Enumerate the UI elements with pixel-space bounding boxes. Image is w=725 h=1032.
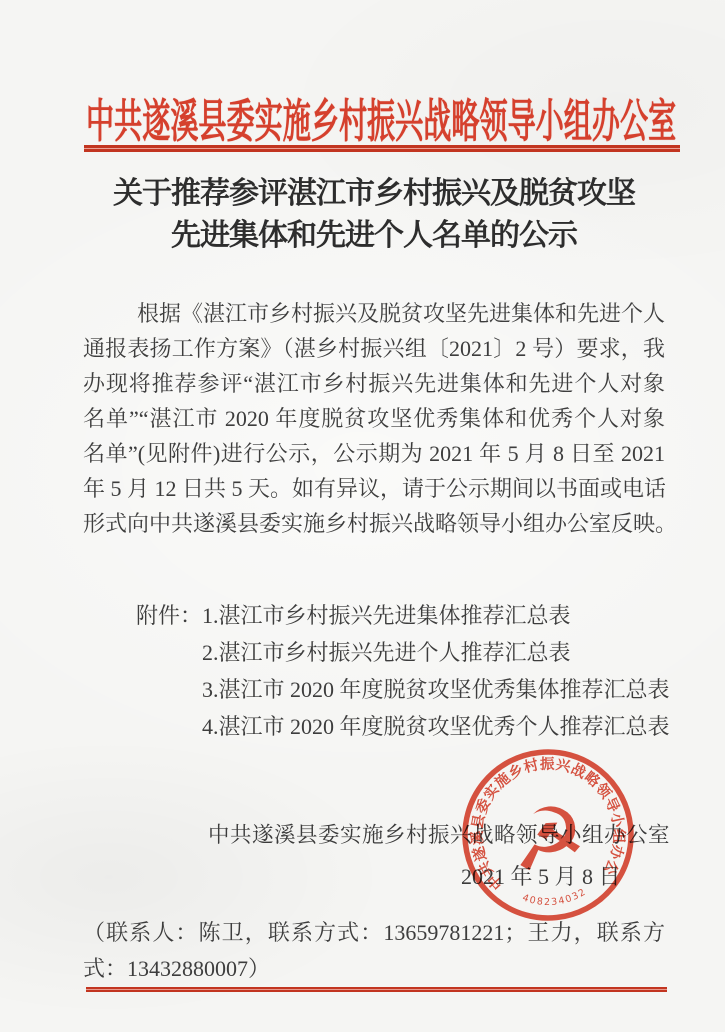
body-line: 形式向中共遂溪县委实施乡村振兴战略领导小组办公室反映。: [83, 506, 665, 541]
attachment-item: 2.湛江市乡村振兴先进个人推荐汇总表: [202, 634, 571, 671]
document-header-org-name: 中共遂溪县委实施乡村振兴战略领导小组办公室: [86, 85, 676, 151]
body-line: 办现将推荐参评“湛江市乡村振兴先进集体和先进个人对象: [83, 366, 665, 401]
contact-line: 式：13432880007）: [83, 951, 665, 987]
attachment-item: 4.湛江市 2020 年度脱贫攻坚优秀个人推荐汇总表: [202, 708, 670, 745]
attachment-row: 附件： 1.湛江市乡村振兴先进集体推荐汇总表: [136, 597, 676, 634]
attachment-row: 4.湛江市 2020 年度脱贫攻坚优秀个人推荐汇总表: [136, 708, 676, 745]
attachment-row: 3.湛江市 2020 年度脱贫攻坚优秀集体推荐汇总表: [136, 671, 676, 708]
attachment-item: 3.湛江市 2020 年度脱贫攻坚优秀集体推荐汇总表: [202, 671, 670, 708]
header-divider-rule: [84, 145, 680, 152]
attachment-row: 2.湛江市乡村振兴先进个人推荐汇总表: [136, 634, 676, 671]
attachments-label: 附件：: [136, 597, 202, 634]
attachments-label-spacer: [136, 634, 202, 671]
document-title-line2: 先进集体和先进个人名单的公示: [83, 210, 665, 254]
attachments-list: 附件： 1.湛江市乡村振兴先进集体推荐汇总表 2.湛江市乡村振兴先进个人推荐汇总…: [136, 597, 676, 745]
body-line: 名单”(见附件)进行公示，公示期为 2021 年 5 月 8 日至 2021: [83, 436, 665, 471]
body-line: 根据《湛江市乡村振兴及脱贫攻坚先进集体和先进个人: [83, 296, 665, 331]
body-line: 通报表扬工作方案》（湛乡村振兴组〔2021〕2 号）要求，我: [83, 331, 665, 366]
body-line: 名单”“湛江市 2020 年度脱贫攻坚优秀集体和优秀个人对象: [83, 401, 665, 436]
attachment-item: 1.湛江市乡村振兴先进集体推荐汇总表: [202, 597, 571, 634]
attachments-label-spacer: [136, 671, 202, 708]
contact-info: （联系人：陈卫，联系方式：13659781221；王力，联系方 式：134328…: [83, 915, 665, 987]
attachments-label-spacer: [136, 708, 202, 745]
signature-org-name: 中共遂溪县委实施乡村振兴战略领导小组办公室: [208, 818, 670, 849]
footer-divider-rule: [86, 987, 667, 992]
body-paragraph: 根据《湛江市乡村振兴及脱贫攻坚先进集体和先进个人 通报表扬工作方案》（湛乡村振兴…: [83, 296, 665, 541]
contact-line: （联系人：陈卫，联系方式：13659781221；王力，联系方: [83, 915, 665, 951]
signature-date: 2021 年 5 月 8 日: [461, 860, 621, 891]
body-line: 年 5 月 12 日共 5 天。如有异议，请于公示期间以书面或电话: [83, 471, 665, 506]
document-title-line1: 关于推荐参评湛江市乡村振兴及脱贫攻坚: [83, 168, 665, 212]
